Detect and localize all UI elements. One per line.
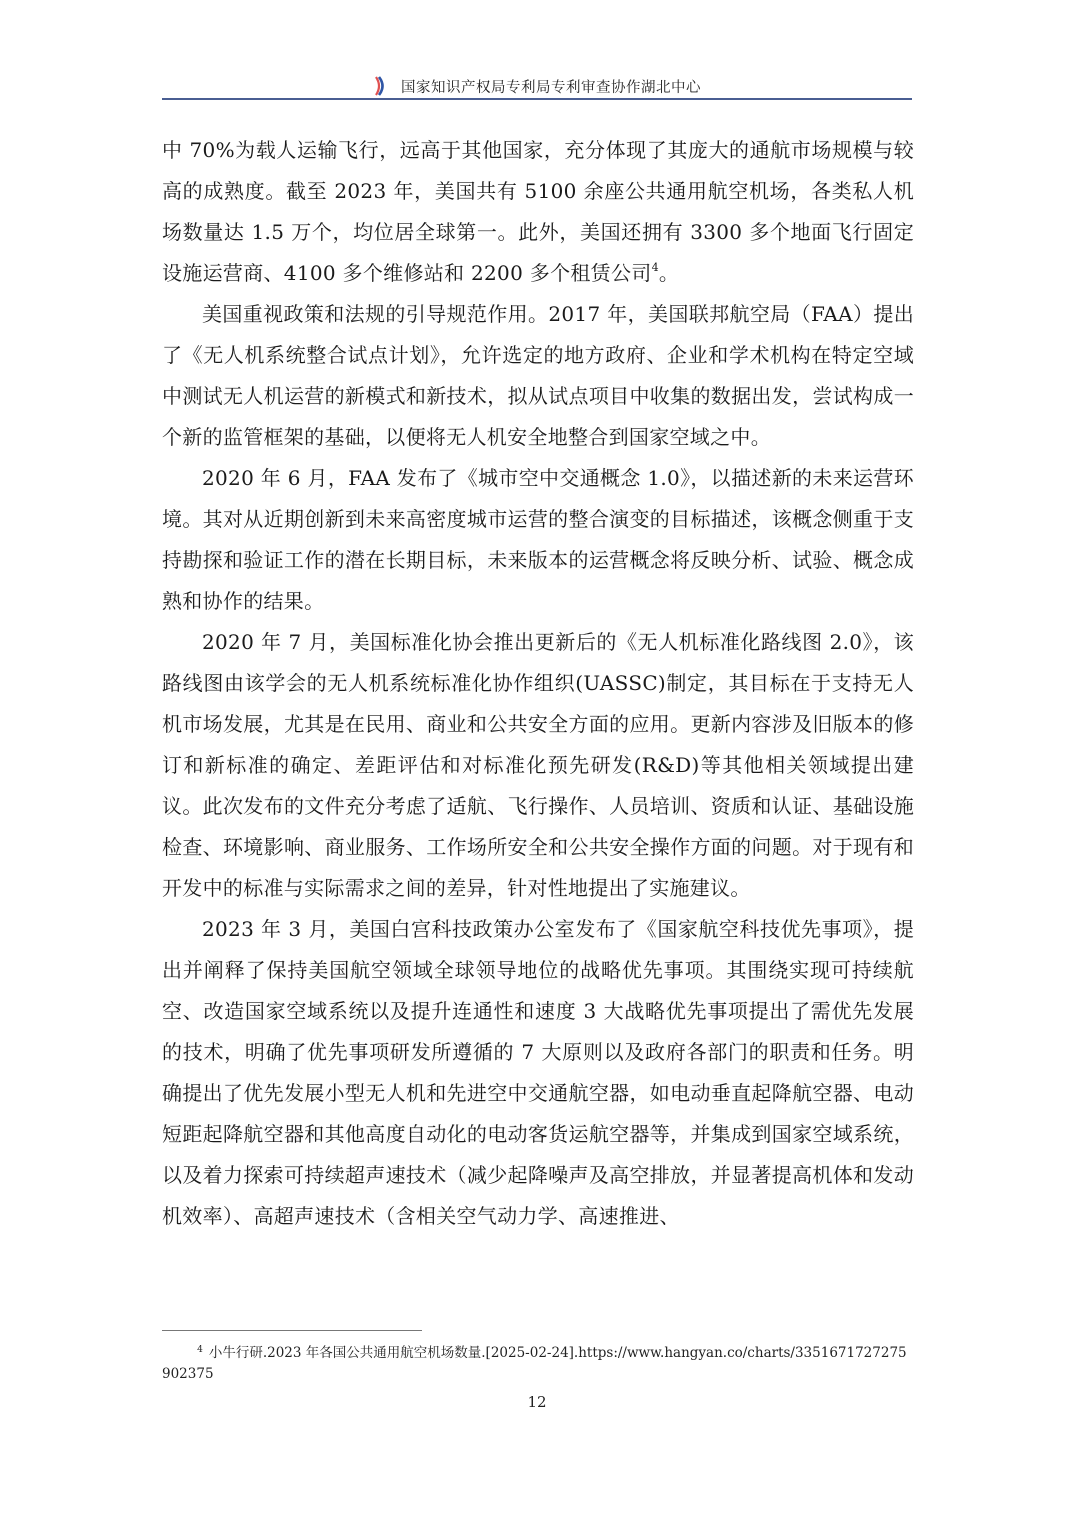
footnote-text: 小牛行研.2023 年各国公共通用航空机场数量.[2025-02-24].htt… (162, 1345, 907, 1382)
footnote-number: 4 (197, 1345, 203, 1355)
paragraph-3: 2020 年 6 月，FAA 发布了《城市空中交通概念 1.0》，以描述新的未来… (162, 458, 914, 622)
page-header: 国家知识产权局专利局专利审查协作湖北中心 (162, 72, 912, 100)
footnote-ref[interactable]: 4 (652, 261, 659, 274)
footnote-rule (162, 1330, 422, 1331)
institution-logo-icon (373, 76, 387, 96)
body-text: 中 70%为载人运输飞行，远高于其他国家，充分体现了其庞大的通航市场规模与较高的… (162, 130, 914, 1237)
header-title: 国家知识产权局专利局专利审查协作湖北中心 (401, 80, 701, 96)
paragraph-1: 中 70%为载人运输飞行，远高于其他国家，充分体现了其庞大的通航市场规模与较高的… (162, 130, 914, 294)
paragraph-5: 2023 年 3 月，美国白宫科技政策办公室发布了《国家航空科技优先事项》，提出… (162, 909, 914, 1237)
page-number: 12 (0, 1393, 1074, 1411)
paragraph-4: 2020 年 7 月，美国标准化协会推出更新后的《无人机标准化路线图 2.0》，… (162, 622, 914, 909)
header-rule (162, 98, 912, 100)
footnote: 4小牛行研.2023 年各国公共通用航空机场数量.[2025-02-24].ht… (162, 1343, 914, 1385)
paragraph-2: 美国重视政策和法规的引导规范作用。2017 年，美国联邦航空局（FAA）提出了《… (162, 294, 914, 458)
